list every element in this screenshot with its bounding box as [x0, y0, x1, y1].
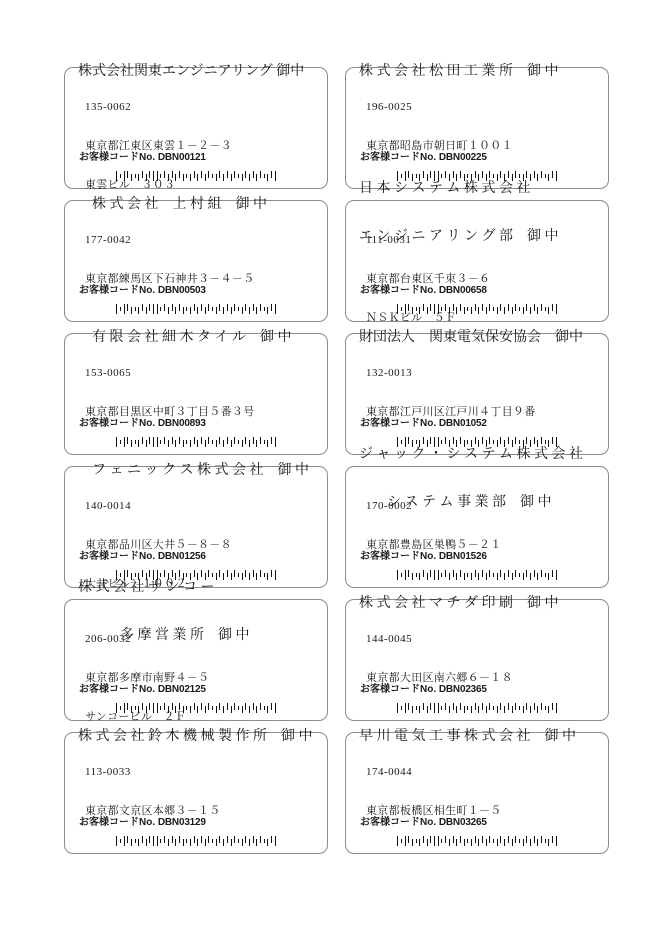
company-name-line: 株 式 会 社 サ ン コ ー: [78, 580, 323, 596]
company-name: 日 本 シ ス テ ム 株 式 会 社 エ ン ジ ニ ア リ ン グ 部 御 …: [359, 149, 604, 277]
customer-code-label: お客様コードNo.: [360, 817, 436, 828]
company-name-line: 早 川 電 気 工 事 株 式 会 社 御 中: [359, 729, 604, 745]
customer-code-label: お客様コードNo.: [360, 551, 436, 562]
customer-code-row: お客様コードNo. DBN01526: [360, 551, 487, 562]
company-name-line: 株 式 会 社 マ チ ダ 印 刷 御 中: [359, 596, 604, 612]
customer-code-label: お客様コードNo.: [79, 817, 155, 828]
company-name-line: 株 式 会 社 松 田 工 業 所 御 中: [359, 64, 604, 80]
customer-code-value: DBN00893: [158, 418, 206, 429]
customer-barcode: [346, 836, 608, 846]
company-name: ジ ャ ッ ク ・ シ ス テ ム 株 式 会 社 シ ス テ ム 事 業 部 …: [359, 415, 604, 543]
company-name-line: シ ス テ ム 事 業 部 御 中: [359, 495, 604, 511]
address-label-card: 113-0033 東京都文京区本郷３－１５ 株 式 会 社 鈴 木 機 械 製 …: [64, 732, 328, 854]
company-name: 株式会社関東エンジニアリング 御中: [78, 32, 323, 144]
label-sheet: 135-0062 東京都江東区東雲１－２－３ 東雲ビル ３０３ 株式会社関東エン…: [0, 0, 661, 854]
customer-code-value: DBN00658: [439, 285, 487, 296]
customer-code-label: お客様コードNo.: [79, 418, 155, 429]
customer-code-row: お客様コードNo. DBN00503: [79, 285, 206, 296]
company-name-line: 有 限 会 社 細 木 タ イ ル 御 中: [78, 330, 323, 346]
company-name-line: 日 本 シ ス テ ム 株 式 会 社: [359, 181, 604, 197]
company-name-line: 株式会社関東エンジニアリング 御中: [78, 64, 323, 80]
customer-code-value: DBN00121: [158, 152, 206, 163]
company-name: フ ェ ニ ッ ク ス 株 式 会 社 御 中: [78, 431, 323, 543]
customer-code-row: お客様コードNo. DBN03129: [79, 817, 206, 828]
company-name-line: フ ェ ニ ッ ク ス 株 式 会 社 御 中: [78, 463, 323, 479]
customer-code-value: DBN02125: [158, 684, 206, 695]
company-name: 株 式 会 社 松 田 工 業 所 御 中: [359, 32, 604, 144]
customer-code-value: DBN02365: [439, 684, 487, 695]
customer-barcode: [65, 836, 327, 846]
company-name-line: 株 式 会 社 上 村 組 御 中: [78, 197, 323, 213]
customer-code-row: お客様コードNo. DBN03265: [360, 817, 487, 828]
customer-code-row: お客様コードNo. DBN00121: [79, 152, 206, 163]
company-name: 有 限 会 社 細 木 タ イ ル 御 中: [78, 298, 323, 410]
customer-code-row: お客様コードNo. DBN02365: [360, 684, 487, 695]
company-name-line: 多 摩 営 業 所 御 中: [78, 628, 323, 644]
customer-code-value: DBN00503: [158, 285, 206, 296]
company-name: 株 式 会 社 サ ン コ ー 多 摩 営 業 所 御 中: [78, 548, 323, 676]
customer-code-row: お客様コードNo. DBN00658: [360, 285, 487, 296]
company-name: 株 式 会 社 マ チ ダ 印 刷 御 中: [359, 564, 604, 676]
customer-code-label: お客様コードNo.: [360, 684, 436, 695]
company-name: 株 式 会 社 鈴 木 機 械 製 作 所 御 中: [78, 697, 323, 809]
company-name: 早 川 電 気 工 事 株 式 会 社 御 中: [359, 697, 604, 809]
customer-code-label: お客様コードNo.: [360, 285, 436, 296]
company-name-line: ジ ャ ッ ク ・ シ ス テ ム 株 式 会 社: [359, 447, 604, 463]
company-name-line: エ ン ジ ニ ア リ ン グ 部 御 中: [359, 229, 604, 245]
customer-code-label: お客様コードNo.: [79, 152, 155, 163]
customer-code-value: DBN03265: [439, 817, 487, 828]
company-name-line: 財団法人 関東電気保安協会 御中: [359, 330, 604, 346]
address-label-card: 174-0044 東京都板橋区相生町１－５ 早 川 電 気 工 事 株 式 会 …: [345, 732, 609, 854]
customer-code-label: お客様コードNo.: [79, 684, 155, 695]
customer-code-row: お客様コードNo. DBN02125: [79, 684, 206, 695]
customer-code-row: お客様コードNo. DBN00893: [79, 418, 206, 429]
customer-code-value: DBN01526: [439, 551, 487, 562]
customer-code-label: お客様コードNo.: [79, 285, 155, 296]
customer-code-value: DBN03129: [158, 817, 206, 828]
company-name: 株 式 会 社 上 村 組 御 中: [78, 165, 323, 277]
company-name: 財団法人 関東電気保安協会 御中: [359, 298, 604, 410]
company-name-line: 株 式 会 社 鈴 木 機 械 製 作 所 御 中: [78, 729, 323, 745]
